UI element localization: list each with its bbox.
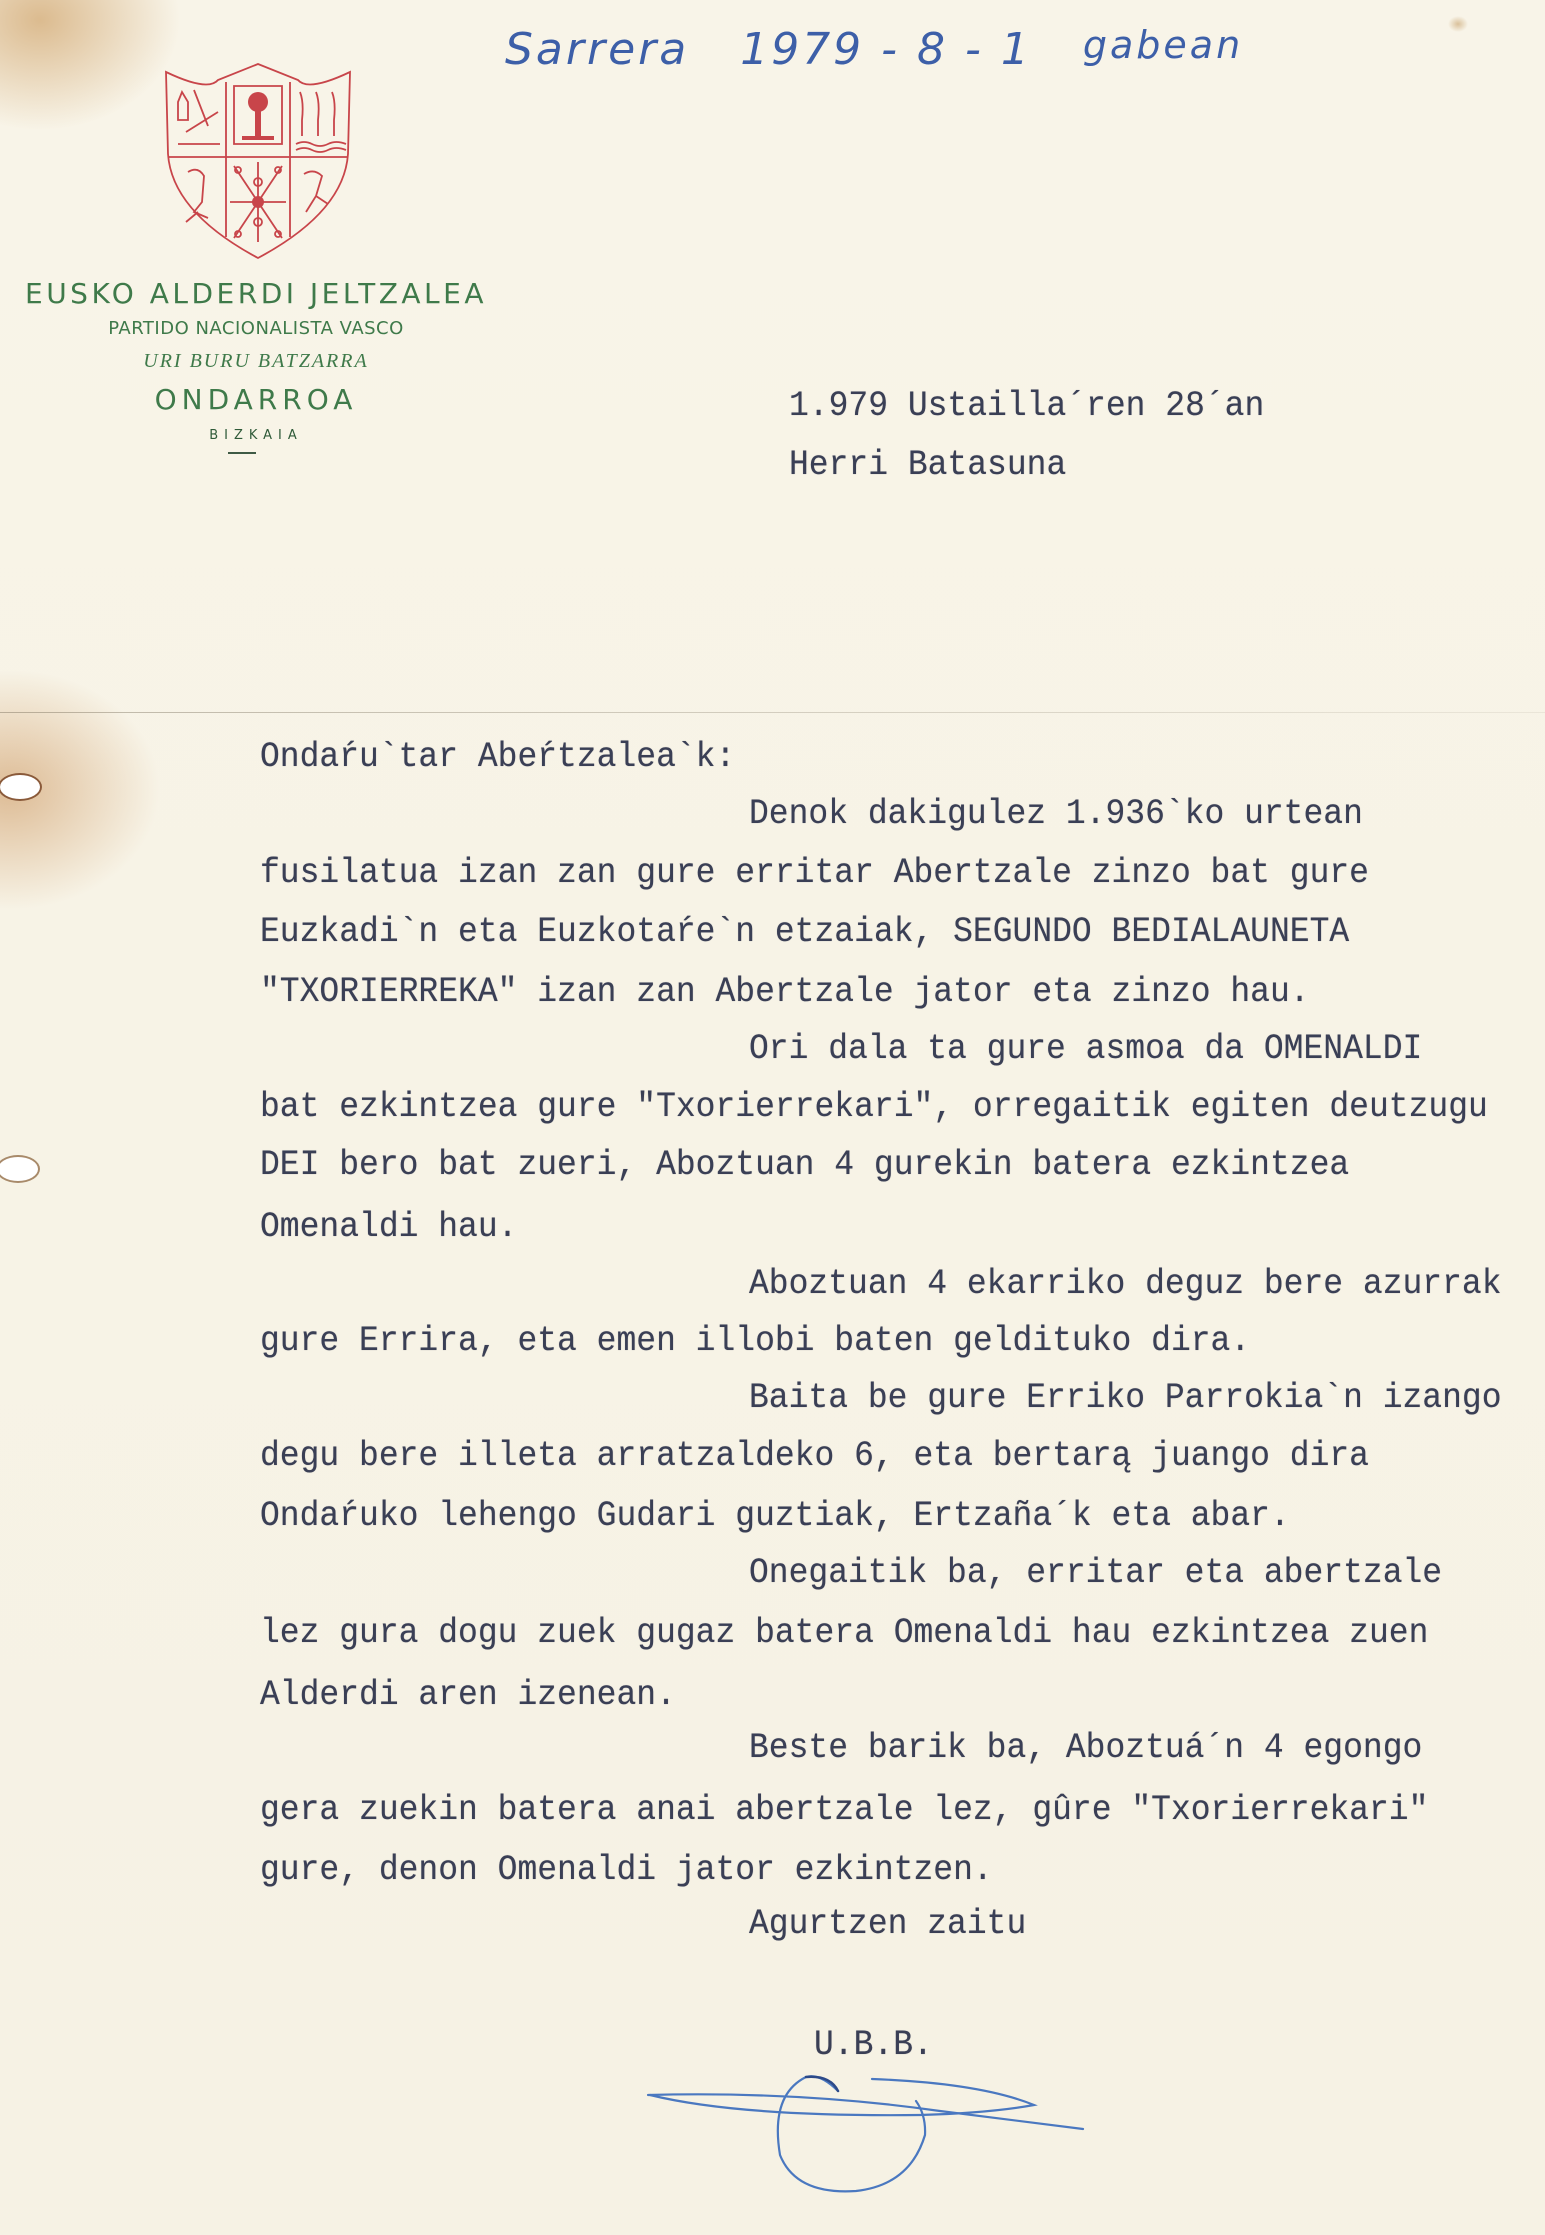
body-line: "TXORIERREKA" izan zan Abertzale jator e…	[260, 973, 1310, 1012]
body-line: Baita be gure Erriko Parrokia`n izango	[749, 1379, 1502, 1418]
body-line: bat ezkintzea gure "Txorierrekari", orre…	[260, 1088, 1488, 1127]
handwritten-date: 1979 - 8 - 1	[740, 24, 1032, 75]
body-line: lez gura dogu zuek gugaz batera Omenaldi…	[260, 1614, 1428, 1653]
body-line: Aboztuan 4 ekarriko deguz bere azurrak	[749, 1265, 1502, 1304]
handwritten-word: Sarrera	[505, 24, 689, 75]
punch-hole	[0, 1155, 40, 1183]
body-line: gure, denon Omenaldi jator ezkintzen.	[260, 1851, 993, 1890]
letterhead-party-spanish: PARTIDO NACIONALISTA VASCO	[0, 318, 512, 339]
signature-icon	[620, 2055, 1180, 2215]
closing: Agurtzen zaitu	[749, 1905, 1026, 1944]
body-line: Ondaŕuko lehengo Gudari guztiak, Ertzaña…	[260, 1497, 1290, 1536]
coat-of-arms-icon	[158, 62, 358, 262]
body-line: DEI bero bat zueri, Aboztuan 4 gurekin b…	[260, 1146, 1349, 1185]
body-line: Denok dakigulez 1.936`ko urtean	[749, 795, 1363, 834]
handwritten-receipt-note: Sarrera 1979 - 8 - 1 gabean	[505, 24, 1277, 75]
paper-fold-line	[0, 712, 1545, 713]
body-line: Beste barik ba, Aboztuá´n 4 egongo	[749, 1729, 1422, 1768]
letterhead-organization: EUSKO ALDERDI JELTZALEA	[0, 277, 512, 310]
handwritten-suffix: gabean	[1083, 23, 1243, 67]
letter-recipient: Herri Batasuna	[789, 446, 1066, 485]
letterhead-divider	[228, 452, 256, 454]
salutation: Ondaŕu`tar Abeŕtzalea`k:	[260, 738, 735, 777]
body-line: fusilatua izan zan gure erritar Abertzal…	[260, 854, 1369, 893]
punch-hole	[0, 773, 42, 801]
body-line: Euzkadi`n eta Euzkotaŕe`n etzaiak, SEGUN…	[260, 913, 1349, 952]
body-line: gera zuekin batera anai abertzale lez, g…	[260, 1791, 1428, 1830]
body-line: degu bere illeta arratzaldeko 6, eta ber…	[260, 1437, 1369, 1476]
letterhead-committee: URI BURU BATZARRA	[0, 350, 512, 373]
body-line: Onegaitik ba, erritar eta abertzale	[749, 1554, 1442, 1593]
letterhead-province: BIZKAIA	[0, 428, 512, 443]
body-line: Alderdi aren izenean.	[260, 1676, 676, 1715]
body-line: Omenaldi hau.	[260, 1208, 517, 1247]
body-line: gure Errira, eta emen illobi baten geldi…	[260, 1322, 1250, 1361]
letterhead-town: ONDARROA	[0, 383, 512, 416]
letter-date: 1.979 Ustailla´ren 28´an	[789, 387, 1264, 426]
body-line: Ori dala ta gure asmoa da OMENALDI	[749, 1030, 1422, 1069]
